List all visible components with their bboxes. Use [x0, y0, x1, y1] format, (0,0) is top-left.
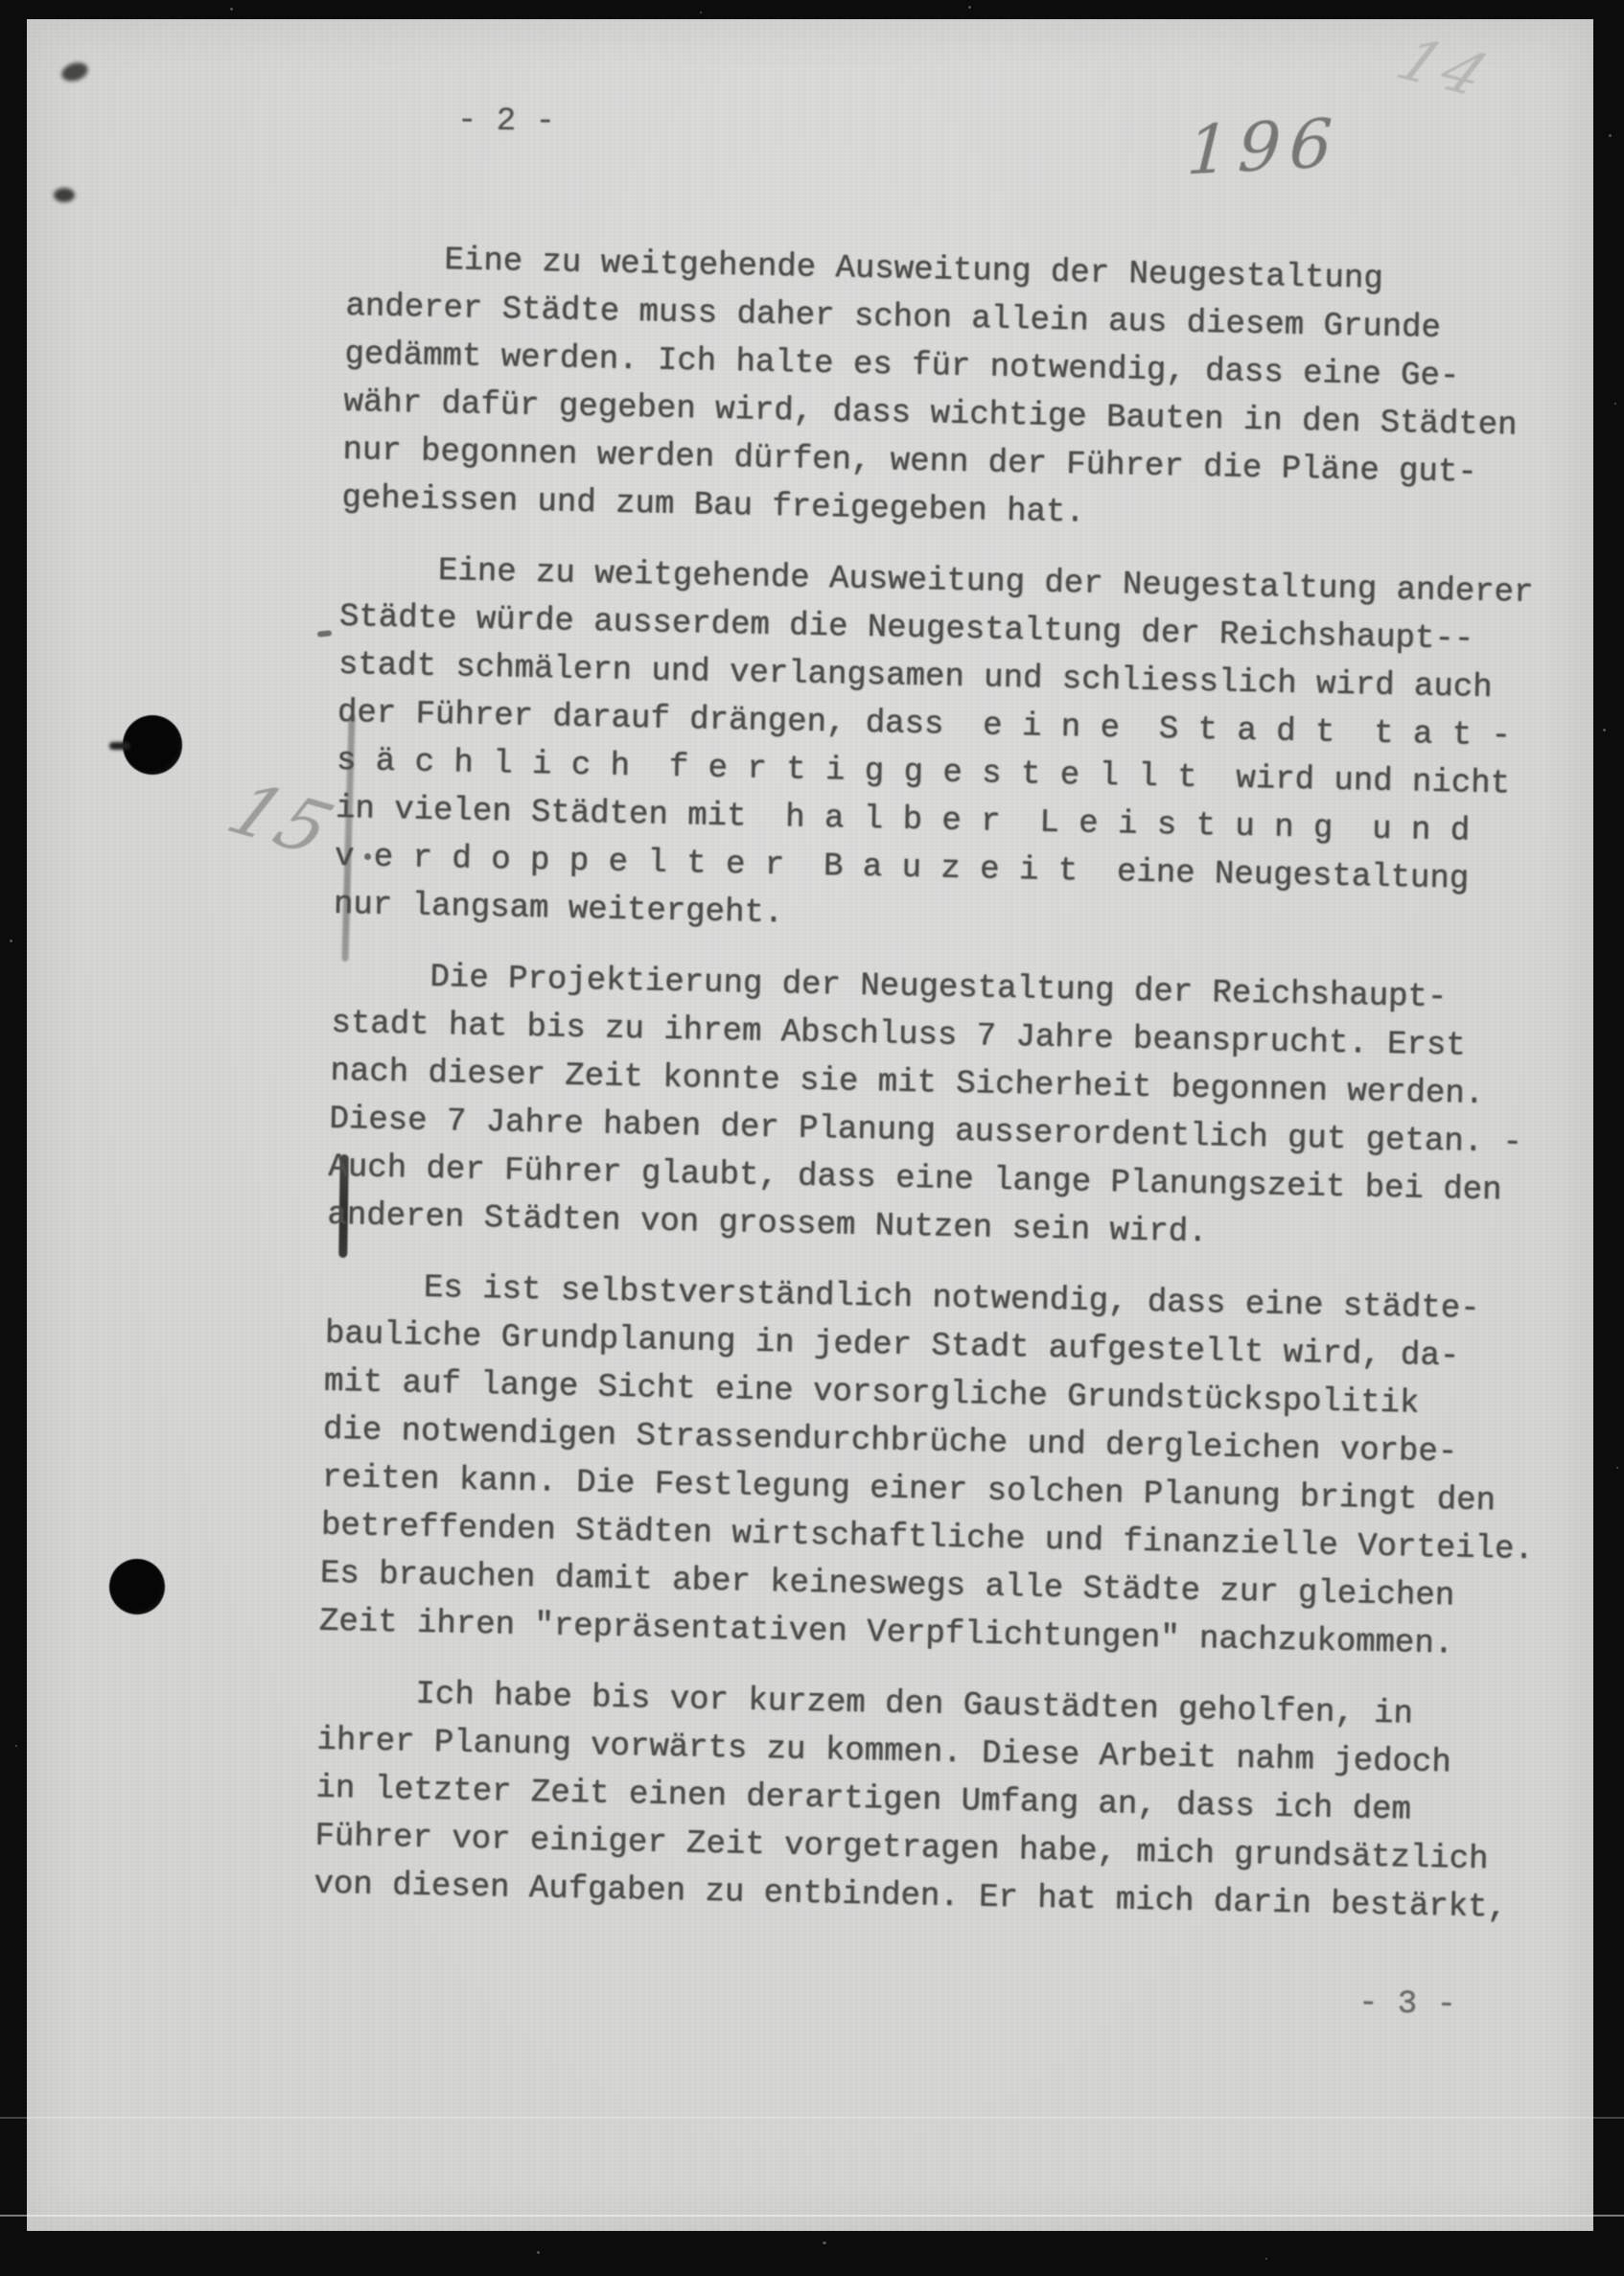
scan-speck [968, 6, 971, 9]
paragraph: Eine zu weitgehende Ausweitung der Neuge… [341, 235, 1593, 547]
margin-dash-mark [317, 630, 333, 638]
paragraph: Es ist selbstverständlich notwendig, das… [318, 1263, 1572, 1671]
punch-hole [109, 1559, 165, 1614]
scan-speck [1265, 2258, 1267, 2260]
punch-hole [123, 715, 182, 775]
paragraph: Ich habe bis vor kurzem den Gaustädten g… [313, 1669, 1565, 1934]
paragraph: Eine zu weitgehende Ausweitung der Neuge… [333, 546, 1587, 954]
scan-speck [537, 2251, 540, 2254]
page-number-top: - 2 - [457, 103, 555, 140]
scan-speck [1616, 1467, 1618, 1469]
page-number-bottom: - 3 - [1358, 1986, 1457, 2024]
scan-speck [823, 2241, 826, 2244]
scan-speck [1614, 403, 1616, 405]
scanner-background: 15 - 2 - 196 14 Eine zu weitgehende Ausw… [0, 0, 1624, 2276]
handwritten-margin-number: 15 [215, 767, 349, 871]
paper-smudge [59, 59, 90, 84]
scan-speck [700, 12, 702, 13]
scan-speck [1603, 729, 1606, 732]
typewritten-text-block: Eine zu weitgehende Ausweitung der Neuge… [313, 235, 1592, 1957]
handwritten-folio-number: 196 [1185, 104, 1343, 191]
scan-speck [10, 940, 12, 942]
paragraph: Die Projektierung der Neugestaltung der … [327, 952, 1579, 1265]
paper-smudge [54, 188, 75, 202]
scan-speck [230, 8, 233, 11]
scan-speck [15, 1745, 17, 1747]
scan-speck [1609, 134, 1612, 137]
